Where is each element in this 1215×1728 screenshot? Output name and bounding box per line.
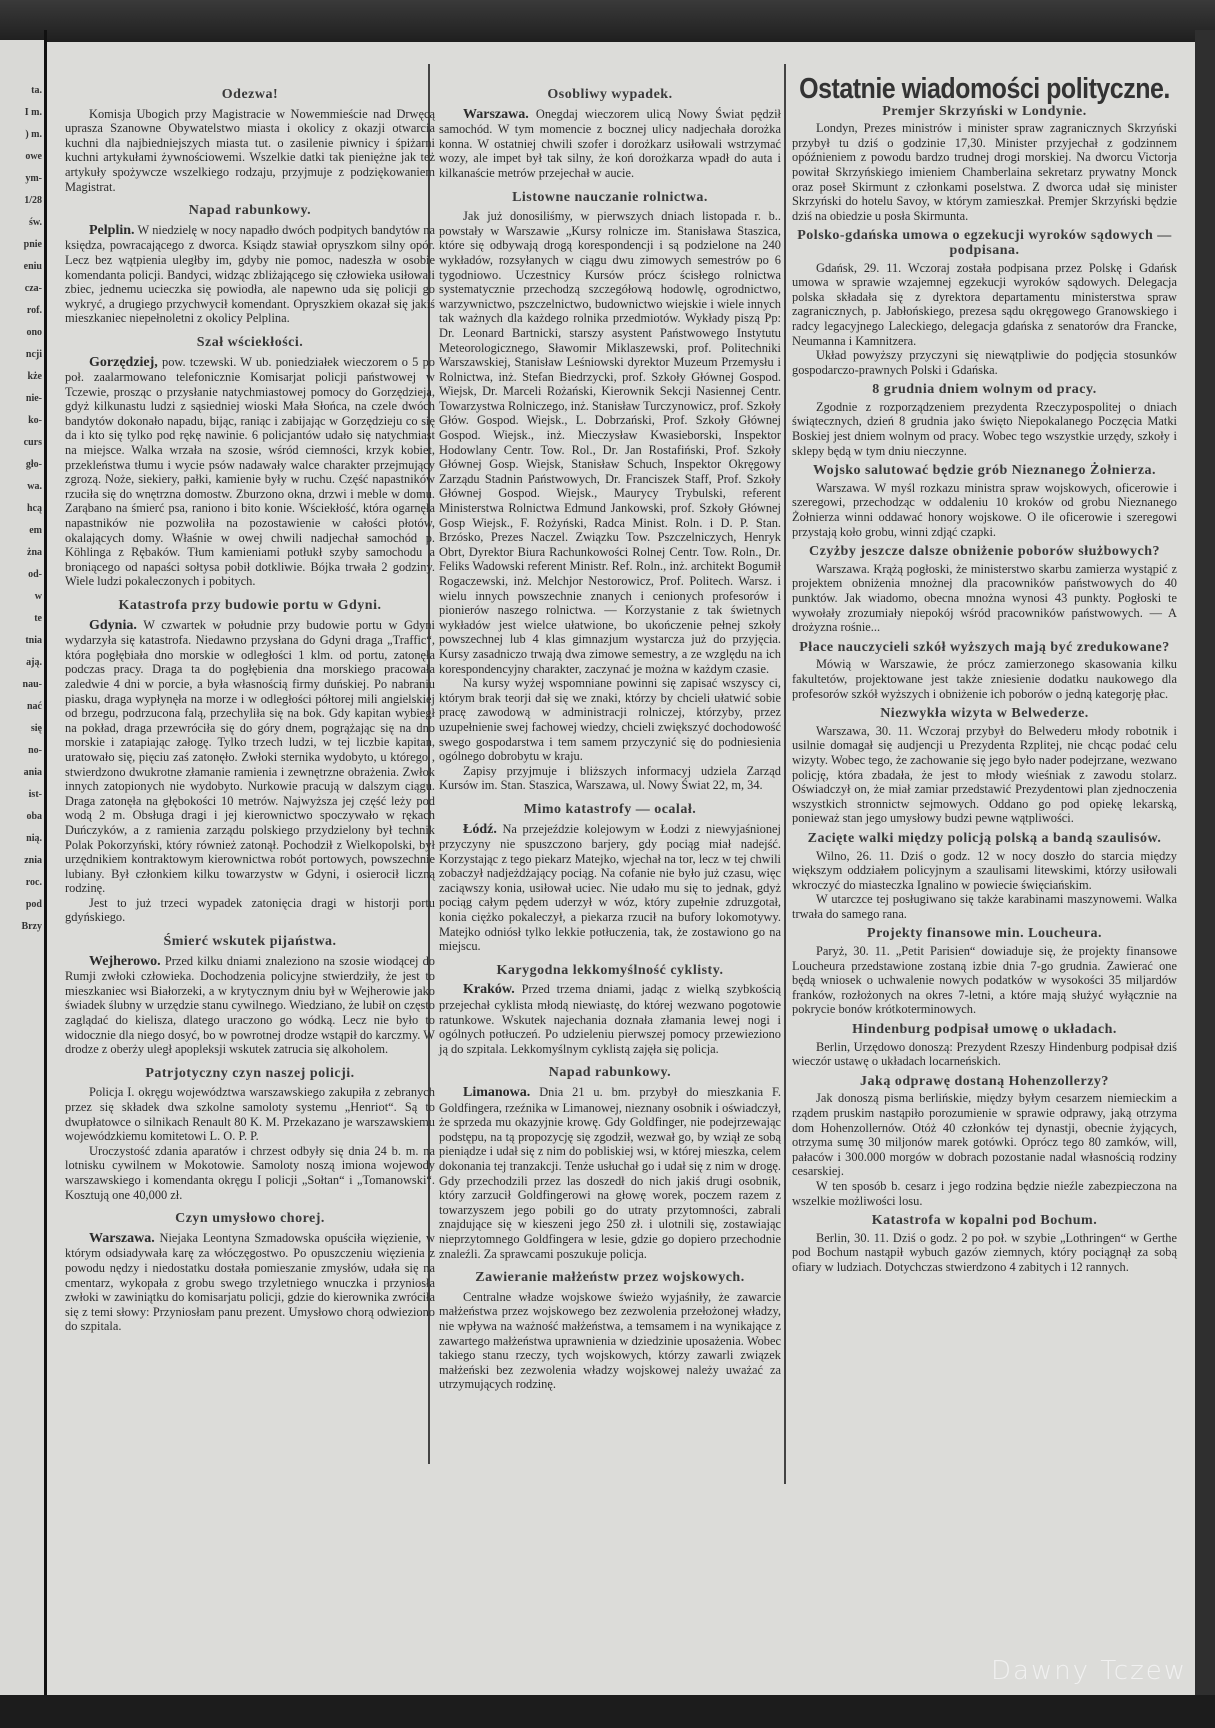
previous-page-fragment: znia bbox=[24, 855, 42, 866]
previous-page-fragment: ko- bbox=[28, 415, 42, 426]
previous-page-fragment: ) m. bbox=[25, 129, 42, 140]
article: Listowne nauczanie rolnictwa.Jak już don… bbox=[439, 191, 781, 793]
article-headline: Zawieranie małżeństw przez wojskowych. bbox=[439, 1271, 781, 1286]
previous-page-fragment: w bbox=[35, 591, 42, 602]
paragraph-text: Jak donoszą pisma berlińskie, między był… bbox=[792, 1091, 1177, 1178]
scan-top-border bbox=[0, 0, 1215, 42]
article-paragraph: Warszawa. Onegdaj wieczorem ulicą Nowy Ś… bbox=[439, 107, 781, 181]
paragraph-text: Centralne władze wojskowe świeżo wyjaśni… bbox=[439, 1290, 781, 1392]
previous-page-fragment: ist- bbox=[29, 789, 42, 800]
previous-page-fragment: nie- bbox=[26, 393, 42, 404]
paragraph-text: Berlin, Urzędowo donoszą: Prezydent Rzes… bbox=[792, 1040, 1177, 1069]
paragraph-text: W niedzielę w nocy napadło dwóch podpity… bbox=[65, 223, 435, 326]
article-paragraph: Jest to już trzeci wypadek zatonięcia dr… bbox=[65, 896, 435, 925]
previous-page-fragment: owe bbox=[25, 151, 42, 162]
article: Premjer Skrzyński w Londynie.Londyn, Pre… bbox=[792, 105, 1177, 224]
article-headline: Listowne nauczanie rolnictwa. bbox=[439, 191, 781, 206]
article-paragraph: Jak donoszą pisma berlińskie, między był… bbox=[792, 1091, 1177, 1179]
article: Odezwa!Komisja Ubogich przy Magistracie … bbox=[65, 88, 435, 194]
article-paragraph: Komisja Ubogich przy Magistracie w Nowem… bbox=[65, 107, 435, 195]
article: Katastrofa w kopalni pod Bochum.Berlin, … bbox=[792, 1214, 1177, 1274]
article: Mimo katastrofy — ocalał.Łódź. Na przeje… bbox=[439, 803, 781, 954]
paragraph-text: Jest to już trzeci wypadek zatonięcia dr… bbox=[65, 896, 435, 925]
column-left: Odezwa!Komisja Ubogich przy Magistracie … bbox=[65, 82, 435, 1344]
article-headline: Osobliwy wypadek. bbox=[439, 88, 781, 103]
paragraph-text: Jak już donosiliśmy, w pierwszych dniach… bbox=[439, 209, 781, 675]
previous-page-fragment: się bbox=[31, 723, 42, 734]
article-headline: Niezwykła wizyta w Belwederze. bbox=[792, 707, 1177, 722]
article-dateline: Warszawa. bbox=[89, 1231, 155, 1246]
article-paragraph: Gdańsk, 29. 11. Wczoraj została podpisan… bbox=[792, 261, 1177, 349]
article-dateline: Warszawa. bbox=[463, 107, 529, 122]
paragraph-text: Londyn, Prezes ministrów i minister spra… bbox=[792, 121, 1177, 223]
paragraph-text: Na kursy wyżej wspomniane powinni się za… bbox=[439, 676, 781, 763]
article-headline: Odezwa! bbox=[65, 88, 435, 103]
article-paragraph: Limanowa. Dnia 21 u. bm. przybył do mies… bbox=[439, 1085, 781, 1261]
article: Śmierć wskutek pijaństwa.Wejherowo. Prze… bbox=[65, 935, 435, 1057]
article-paragraph: Warszawa, 30. 11. Wczoraj przybył do Bel… bbox=[792, 724, 1177, 826]
previous-page-fragment: gło- bbox=[26, 459, 42, 470]
paragraph-text: Na przejeździe kolejowym w Łodzi z niewy… bbox=[439, 822, 781, 954]
scan-right-border bbox=[1195, 30, 1215, 1728]
previous-page-fragment: ta. bbox=[31, 85, 42, 96]
article-headline: Projekty finansowe min. Loucheura. bbox=[792, 927, 1177, 942]
article-headline: Czyn umysłowo chorej. bbox=[65, 1212, 435, 1227]
article-paragraph: Łódź. Na przejeździe kolejowym w Łodzi z… bbox=[439, 822, 781, 954]
article-dateline: Gdynia. bbox=[89, 618, 137, 633]
previous-page-fragment: roc. bbox=[26, 877, 42, 888]
previous-page-fragment: nau- bbox=[23, 679, 42, 690]
paragraph-text: Układ powyższy przyczyni się niewątpliwi… bbox=[792, 348, 1177, 377]
previous-page-fragment: żna bbox=[27, 547, 42, 558]
article-headline: Katastrofa w kopalni pod Bochum. bbox=[792, 1214, 1177, 1229]
article-headline: Patrjotyczny czyn naszej policji. bbox=[65, 1067, 435, 1082]
column-right: Ostatnie wiadomości polityczne. Premjer … bbox=[792, 82, 1177, 1281]
previous-page-fragment: Brzy bbox=[21, 921, 42, 932]
paragraph-text: Berlin, 30. 11. Dziś o godz. 2 po poł. w… bbox=[792, 1231, 1177, 1274]
article-paragraph: Na kursy wyżej wspomniane powinni się za… bbox=[439, 676, 781, 764]
previous-page-fragment: ają. bbox=[26, 657, 42, 668]
article: Osobliwy wypadek.Warszawa. Onegdaj wiecz… bbox=[439, 88, 781, 181]
previous-page-fragment: eniu bbox=[24, 261, 42, 272]
article-paragraph: Pelplin. W niedzielę w nocy napadło dwóc… bbox=[65, 223, 435, 326]
article-headline: Karygodna lekkomyślność cyklisty. bbox=[439, 964, 781, 979]
article-dateline: Kraków. bbox=[463, 982, 515, 997]
article-headline: Premjer Skrzyński w Londynie. bbox=[792, 105, 1177, 120]
newspaper-page: Odezwa!Komisja Ubogich przy Magistracie … bbox=[47, 42, 1195, 1695]
previous-page-fragment: św. bbox=[29, 217, 42, 228]
paragraph-text: Uroczystość zdania aparatów i chrzest od… bbox=[65, 1144, 435, 1202]
article-paragraph: Jak już donosiliśmy, w pierwszych dniach… bbox=[439, 209, 781, 676]
paragraph-text: Dnia 21 u. bm. przybył do mieszkania F. … bbox=[439, 1085, 781, 1261]
paragraph-text: W utarczce tej posługiwano się także kar… bbox=[792, 892, 1177, 921]
article-headline: Napad rabunkowy. bbox=[439, 1066, 781, 1081]
previous-page-fragment: wa. bbox=[27, 481, 42, 492]
paragraph-text: Paryż, 30. 11. „Petit Parisien“ dowiaduj… bbox=[792, 944, 1177, 1016]
article: Czyn umysłowo chorej.Warszawa. Niejaka L… bbox=[65, 1212, 435, 1334]
previous-page-fragment: kże bbox=[28, 371, 42, 382]
article: Jaką odprawę dostaną Hohenzollerzy?Jak d… bbox=[792, 1075, 1177, 1208]
paragraph-text: Warszawa, 30. 11. Wczoraj przybył do Bel… bbox=[792, 724, 1177, 826]
article: Szał wściekłości.Gorzędziej, pow. tczews… bbox=[65, 336, 435, 589]
article-paragraph: Warszawa. Krążą pogłoski, że ministerstw… bbox=[792, 562, 1177, 635]
paragraph-text: Niejaka Leontyna Szmadowska opuściła wię… bbox=[65, 1231, 435, 1334]
article-headline: Szał wściekłości. bbox=[65, 336, 435, 351]
article-paragraph: Berlin, 30. 11. Dziś o godz. 2 po poł. w… bbox=[792, 1231, 1177, 1275]
article-headline: Katastrofa przy budowie portu w Gdyni. bbox=[65, 599, 435, 614]
article: Karygodna lekkomyślność cyklisty.Kraków.… bbox=[439, 964, 781, 1057]
article-paragraph: Gdynia. W czwartek w południe przy budow… bbox=[65, 618, 435, 896]
article-headline: Napad rabunkowy. bbox=[65, 204, 435, 219]
previous-page-fragment: ono bbox=[26, 327, 42, 338]
article: Zacięte walki między policją polską a ba… bbox=[792, 832, 1177, 922]
paragraph-text: W czwartek w południe przy budowie portu… bbox=[65, 618, 435, 896]
previous-page-fragment: oba bbox=[26, 811, 42, 822]
article-headline: Mimo katastrofy — ocalał. bbox=[439, 803, 781, 818]
article-headline: Polsko-gdańska umowa o egzekucji wyroków… bbox=[792, 229, 1177, 258]
previous-page-fragment: pod bbox=[26, 899, 42, 910]
article-paragraph: Zgodnie z rozporządzeniem prezydenta Rze… bbox=[792, 400, 1177, 458]
article-paragraph: Warszawa. W myśl rozkazu ministra spraw … bbox=[792, 481, 1177, 539]
article: Płace nauczycieli szkół wyższych mają by… bbox=[792, 641, 1177, 701]
article-paragraph: W ten sposób b. cesarz i jego rodzina bę… bbox=[792, 1179, 1177, 1208]
article-paragraph: Uroczystość zdania aparatów i chrzest od… bbox=[65, 1144, 435, 1202]
article: Projekty finansowe min. Loucheura.Paryż,… bbox=[792, 927, 1177, 1017]
column-middle: Osobliwy wypadek.Warszawa. Onegdaj wiecz… bbox=[439, 82, 781, 1402]
paragraph-text: Warszawa. Krążą pogłoski, że ministerstw… bbox=[792, 562, 1177, 634]
paragraph-text: Przed kilku dniami znaleziono na szosie … bbox=[65, 954, 435, 1057]
previous-page-fragment: ania bbox=[24, 767, 42, 778]
article-paragraph: Zapisy przyjmuje i bliższych informacyj … bbox=[439, 764, 781, 793]
article-headline: Jaką odprawę dostaną Hohenzollerzy? bbox=[792, 1075, 1177, 1090]
article: Niezwykła wizyta w Belwederze.Warszawa, … bbox=[792, 707, 1177, 826]
paragraph-text: Zgodnie z rozporządzeniem prezydenta Rze… bbox=[792, 400, 1177, 458]
article-paragraph: Centralne władze wojskowe świeżo wyjaśni… bbox=[439, 1290, 781, 1392]
article-dateline: Pelplin. bbox=[89, 223, 135, 238]
previous-page-fragment: rof. bbox=[27, 305, 42, 316]
previous-page-fragment: pnie bbox=[24, 239, 42, 250]
article-headline: Śmierć wskutek pijaństwa. bbox=[65, 935, 435, 950]
paragraph-text: Policja I. okręgu województwa warszawski… bbox=[65, 1085, 435, 1143]
paragraph-text: Zapisy przyjmuje i bliższych informacyj … bbox=[439, 764, 781, 793]
previous-page-fragment: te bbox=[34, 613, 42, 624]
article-dateline: Wejherowo. bbox=[89, 954, 161, 969]
article-headline: Płace nauczycieli szkół wyższych mają by… bbox=[792, 641, 1177, 656]
article-headline: Wojsko salutować będzie grób Nieznanego … bbox=[792, 464, 1177, 479]
watermark: Dawny Tczew bbox=[991, 1656, 1187, 1686]
previous-page-fragment: nią. bbox=[26, 833, 42, 844]
previous-page-fragment: nać bbox=[27, 701, 42, 712]
article-paragraph: Gorzędziej, pow. tczewski. W ub. poniedz… bbox=[65, 355, 435, 590]
article: Katastrofa przy budowie portu w Gdyni.Gd… bbox=[65, 599, 435, 925]
article: Polsko-gdańska umowa o egzekucji wyroków… bbox=[792, 229, 1177, 377]
previous-page-fragment: 1/28 bbox=[24, 195, 42, 206]
article: Napad rabunkowy.Limanowa. Dnia 21 u. bm.… bbox=[439, 1066, 781, 1261]
article: Napad rabunkowy.Pelplin. W niedzielę w n… bbox=[65, 204, 435, 326]
previous-page-fragment: cza- bbox=[25, 283, 42, 294]
previous-page-fragment: curs bbox=[24, 437, 42, 448]
paragraph-text: Wilno, 26. 11. Dziś o godz. 12 w nocy do… bbox=[792, 849, 1177, 892]
article-paragraph: W utarczce tej posługiwano się także kar… bbox=[792, 892, 1177, 921]
article-dateline: Gorzędziej, bbox=[89, 355, 158, 370]
paragraph-text: Mówią w Warszawie, że prócz zamierzonego… bbox=[792, 657, 1177, 700]
previous-page-fragment: no- bbox=[28, 745, 42, 756]
scan-bottom-border bbox=[0, 1695, 1215, 1728]
previous-page-fragment: ncji bbox=[26, 349, 42, 360]
article: Wojsko salutować będzie grób Nieznanego … bbox=[792, 464, 1177, 539]
paragraph-text: Komisja Ubogich przy Magistracie w Nowem… bbox=[65, 107, 435, 194]
article-dateline: Łódź. bbox=[463, 822, 497, 837]
previous-page-edge: ta.I m.) m.oweym-1/28św.pnieeniucza-rof.… bbox=[0, 40, 44, 1695]
article-headline: Czyżby jeszcze dalsze obniżenie poborów … bbox=[792, 545, 1177, 560]
article-paragraph: Mówią w Warszawie, że prócz zamierzonego… bbox=[792, 657, 1177, 701]
paragraph-text: pow. tczewski. W ub. poniedziałek wieczo… bbox=[65, 355, 435, 589]
column-rule bbox=[784, 64, 786, 1484]
previous-page-fragment: hcą bbox=[27, 503, 42, 514]
article-paragraph: Londyn, Prezes ministrów i minister spra… bbox=[792, 121, 1177, 223]
article: Hindenburg podpisał umowę o układach.Ber… bbox=[792, 1023, 1177, 1069]
article: Zawieranie małżeństw przez wojskowych.Ce… bbox=[439, 1271, 781, 1392]
article: Patrjotyczny czyn naszej policji.Policja… bbox=[65, 1067, 435, 1202]
article-paragraph: Wilno, 26. 11. Dziś o godz. 12 w nocy do… bbox=[792, 849, 1177, 893]
article-paragraph: Wejherowo. Przed kilku dniami znaleziono… bbox=[65, 954, 435, 1057]
article-headline: 8 grudnia dniem wolnym od pracy. bbox=[792, 383, 1177, 398]
previous-page-fragment: ym- bbox=[25, 173, 42, 184]
previous-page-fragment: tnia bbox=[25, 635, 42, 646]
paragraph-text: Gdańsk, 29. 11. Wczoraj została podpisan… bbox=[792, 261, 1177, 348]
section-banner: Ostatnie wiadomości polityczne. bbox=[792, 81, 1177, 98]
article-paragraph: Berlin, Urzędowo donoszą: Prezydent Rzes… bbox=[792, 1040, 1177, 1069]
article: Czyżby jeszcze dalsze obniżenie poborów … bbox=[792, 545, 1177, 635]
article: 8 grudnia dniem wolnym od pracy.Zgodnie … bbox=[792, 383, 1177, 458]
previous-page-fragment: em bbox=[29, 525, 42, 536]
paragraph-text: Warszawa. W myśl rozkazu ministra spraw … bbox=[792, 481, 1177, 539]
article-paragraph: Warszawa. Niejaka Leontyna Szmadowska op… bbox=[65, 1231, 435, 1334]
article-paragraph: Policja I. okręgu województwa warszawski… bbox=[65, 1085, 435, 1143]
previous-page-fragment: I m. bbox=[25, 107, 42, 118]
article-paragraph: Paryż, 30. 11. „Petit Parisien“ dowiaduj… bbox=[792, 944, 1177, 1017]
article-dateline: Limanowa. bbox=[463, 1085, 530, 1100]
article-headline: Hindenburg podpisał umowę o układach. bbox=[792, 1023, 1177, 1038]
article-paragraph: Układ powyższy przyczyni się niewątpliwi… bbox=[792, 348, 1177, 377]
previous-page-fragment: od- bbox=[28, 569, 42, 580]
article-paragraph: Kraków. Przed trzema dniami, jadąc z wie… bbox=[439, 982, 781, 1056]
paragraph-text: W ten sposób b. cesarz i jego rodzina bę… bbox=[792, 1179, 1177, 1208]
article-headline: Zacięte walki między policją polską a ba… bbox=[792, 832, 1177, 847]
